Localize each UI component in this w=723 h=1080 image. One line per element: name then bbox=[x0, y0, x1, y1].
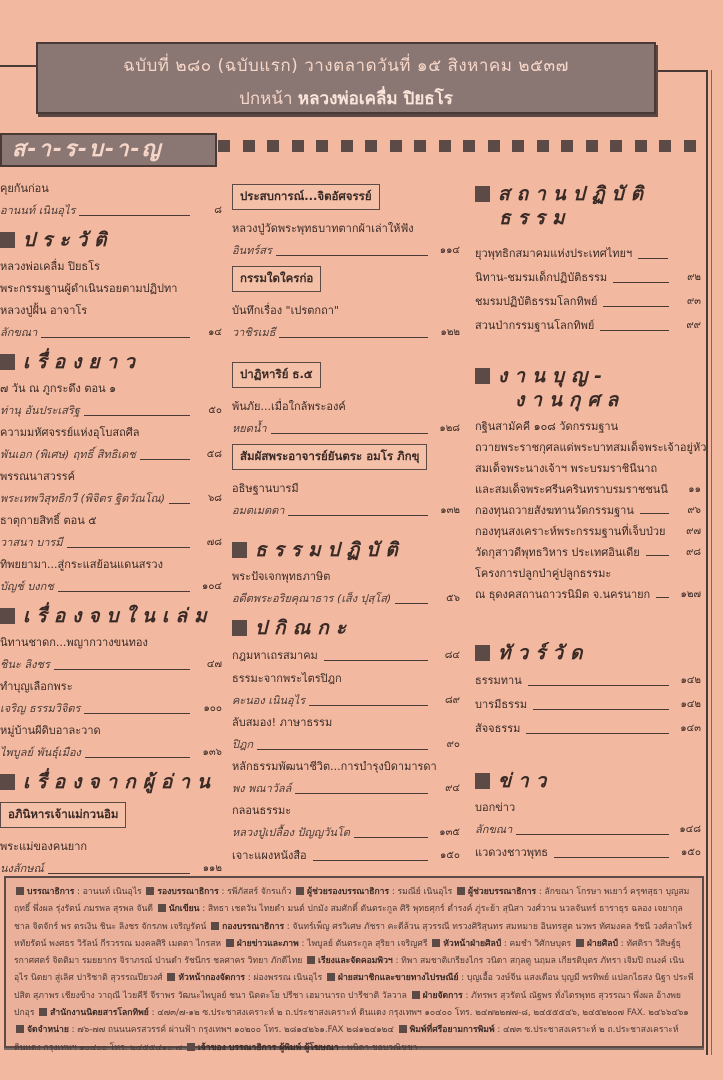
entry-author: วาชิรเมธี bbox=[232, 322, 275, 344]
entry-title: ความมหัศจรรย์แห่งอุโบสถศีล bbox=[0, 422, 222, 444]
square-bullet-icon bbox=[475, 645, 490, 661]
square-bullet-icon bbox=[0, 232, 15, 248]
entry-title: บันทึกเรื่อง "เปรตกถา" bbox=[232, 300, 460, 322]
section-heading-merit: งานบุญ-งานกุศล bbox=[475, 364, 701, 412]
toc-entry[interactable]: และสมเด็จพระศรีนครินทราบรมราชชนนี๑๑ bbox=[475, 479, 701, 500]
staff-credits: บรรณาธิการ : อานนท์ เนินอุไร รองบรรณาธิก… bbox=[4, 876, 704, 1048]
toc-entry[interactable]: กลอนธรรมะหลวงปู่เปลื้อง ปัญญวันโต๑๓๕ bbox=[232, 800, 460, 844]
credit-names: ผ่องพรรณ เนินอุไร bbox=[253, 973, 325, 983]
section-heading-temple-tour: ทัวร์วัด bbox=[475, 641, 701, 665]
square-icon bbox=[316, 140, 328, 152]
entry-author: อดีตพระอริยคุณาธาร (เส็ง ปุสฺโส) bbox=[232, 588, 391, 610]
toc-entry[interactable]: หลวงปู่ฝั้น อาจาโร ลักขณา๑๔ bbox=[0, 300, 222, 344]
entry-author: ไพบูลย์ พันธุ์เมือง bbox=[0, 742, 81, 764]
toc-entry[interactable]: แวดวงชาวพุทธ๑๕๐ bbox=[475, 841, 701, 865]
square-icon bbox=[341, 140, 353, 152]
toc-entry[interactable]: บันทึกเรื่อง "เปรตกถา"วาชิรเมธี๑๒๒ bbox=[232, 300, 460, 344]
toc-entry[interactable]: พรรณนาสวรรค์พระเทพวิสุทธิกวี (พิจิตร ฐิต… bbox=[0, 466, 222, 510]
section-heading-news: ข่าว bbox=[475, 769, 701, 793]
subsection-box: กรรมใดใครก่อ bbox=[232, 266, 321, 292]
divider bbox=[652, 70, 707, 72]
entry-author: เจริญ ธรรมวิจิตร bbox=[0, 698, 80, 720]
section-heading-short-stories: เรื่องจบในเล่ม bbox=[0, 604, 222, 628]
section-heading-misc: ปกิณกะ bbox=[232, 616, 460, 640]
entry-page: ๑๑ bbox=[680, 479, 701, 500]
entry-page: ๙๔ bbox=[434, 778, 460, 800]
toc-entry[interactable]: บารมีธรรม๑๔๒ bbox=[475, 693, 701, 717]
entry-title: ชมรมปฏิบัติธรรมโลกทิพย์ bbox=[475, 290, 597, 314]
square-bullet-icon bbox=[39, 1008, 47, 1016]
square-icon bbox=[635, 140, 647, 152]
toc-entry[interactable]: วัดกุสาวดีพุทธวิหาร ประเทศอินเดีย๙๘ bbox=[475, 542, 701, 563]
entry-page: ๙๘ bbox=[675, 542, 701, 563]
square-bullet-icon bbox=[432, 939, 440, 947]
entry-author: อินทร์สร bbox=[232, 240, 272, 262]
entry-title: ทำบุญเลือกพระ bbox=[0, 676, 222, 698]
square-bullet-icon bbox=[475, 773, 490, 789]
entry-page: ๘๔ bbox=[434, 644, 460, 668]
credit-names: รมณีย์ เนินอุไร bbox=[397, 887, 455, 897]
magazine-toc-page: ฉบับที่ ๒๘๐ (ฉบับแรก) วางตลาดวันที่ ๑๕ ส… bbox=[0, 0, 723, 1080]
entry-title: บอกข่าว bbox=[475, 797, 701, 819]
credit-names: อานนท์ เนินอุไร bbox=[83, 887, 145, 897]
square-bullet-icon bbox=[327, 973, 335, 981]
square-bullet-icon bbox=[16, 1025, 24, 1033]
cover-line: ปกหน้า หลวงพ่อเคลื่ม ปิยธโร bbox=[38, 85, 654, 112]
square-bullet-icon bbox=[0, 774, 15, 790]
credit-label: ฝ่ายสมาชิกและขายทางไปรษณีย์ bbox=[338, 973, 459, 983]
credit-label: เรียงและจัดคอมพิวฯ bbox=[318, 956, 393, 966]
entry-title: นิทานชาดก...พญากวางขนทอง bbox=[0, 632, 222, 654]
toc-entry[interactable]: กองทุนสงเคราะห์พระกรรมฐานที่เจ็บป่วย๙๗ bbox=[475, 521, 701, 542]
square-icon bbox=[365, 140, 377, 152]
toc-entry[interactable]: ณ ธุดงคสถานถาวรนิมิต จ.นครนายก๑๒๗ bbox=[475, 584, 701, 605]
credit-label: นักเขียน bbox=[169, 904, 200, 914]
decorative-squares bbox=[218, 140, 698, 154]
entry-page: ๗๘ bbox=[196, 532, 222, 554]
credit-label: กองบรรณาธิการ bbox=[222, 922, 284, 932]
entry-title: นิทาน-ชมรมเด็กปฏิบัติธรรม bbox=[475, 266, 607, 290]
toc-entry[interactable]: พระปัจเจกพุทธภาษิตอดีตพระอริยคุณาธาร (เส… bbox=[232, 566, 460, 610]
toc-entry[interactable]: หลักธรรมพัฒนาชีวิต...การบำรุงบิดามารดาพง… bbox=[232, 756, 460, 800]
credit-label: เจ้าของ บรรณาธิการ ผู้พิมพ์ ผู้โฆษณา bbox=[198, 1043, 339, 1053]
entry-page: ๑๓๕ bbox=[434, 822, 460, 844]
entry-title: พระปัจเจกพุทธภาษิต bbox=[232, 566, 460, 588]
entry-title: กองทุนสงเคราะห์พระกรรมฐานที่เจ็บป่วย bbox=[475, 521, 665, 542]
square-icon bbox=[218, 140, 230, 152]
square-icon bbox=[439, 140, 451, 152]
toc-entry[interactable]: ธรรมทาน๑๔๒ bbox=[475, 669, 701, 693]
square-bullet-icon bbox=[211, 922, 219, 930]
credit-label: ฝ่ายจัดการ bbox=[423, 991, 463, 1001]
toc-entry[interactable]: พระแม่ของคนยากนงลักษณ์๑๑๒ bbox=[0, 836, 222, 880]
entry-page: ๔๗ bbox=[196, 654, 222, 676]
entry-title: กฎมหาเถรสมาคม bbox=[232, 644, 318, 668]
toc-entry[interactable]: ยุวพุทธิกสมาคมแห่งประเทศไทยฯ bbox=[475, 242, 701, 266]
entry-page: ๑๓๖ bbox=[196, 742, 222, 764]
credit-label: ฝ่ายข่าวและภาพ bbox=[237, 939, 299, 949]
entry-author: พันเอก (พิเศษ) ฤทธิ์ สิทธิเดช bbox=[0, 444, 136, 466]
entry-page: ๑๕๐ bbox=[434, 844, 460, 868]
entry-page: ๙๙ bbox=[675, 314, 701, 338]
square-bullet-icon bbox=[0, 608, 15, 624]
subsection-box: ประสบการณ์...จิตอัศจรรย์ bbox=[232, 184, 380, 210]
entry-page: ๘ bbox=[196, 200, 222, 222]
entry-title: หลวงพ่อเคลื่ม ปิยธโร bbox=[0, 256, 222, 278]
frame-border bbox=[711, 70, 712, 1055]
square-icon bbox=[537, 140, 549, 152]
section-heading-practice: ธรรมปฏิบัติ bbox=[232, 538, 460, 562]
entry-title: กฐินสามัคคี ๑๐๘ วัดกรรมฐาน bbox=[475, 416, 618, 437]
toc-entry[interactable]: ทำบุญเลือกพระเจริญ ธรรมวิจิตร๑๐๐ bbox=[0, 676, 222, 720]
entry-page: ๑๔๒ bbox=[675, 669, 701, 693]
entry-title: ธาตุกายสิทธิ์ ตอน ๕ bbox=[0, 510, 222, 532]
entry-author: หลวงปู่เปลื้อง ปัญญวันโต bbox=[232, 822, 350, 844]
credit-label: สำนักงานนิตยสารโลกทิพย์ bbox=[50, 1008, 149, 1018]
subsection-box: อภินิหารเจ้าแม่กวนอิม bbox=[0, 802, 126, 828]
credit-names: รพีภัสสร์ จักรแก้ว bbox=[227, 887, 294, 897]
toc-entry[interactable]: ธาตุกายสิทธิ์ ตอน ๕วาสนา บารมี๗๘ bbox=[0, 510, 222, 554]
frame-border bbox=[706, 70, 708, 1055]
section-heading-places: สถานปฏิบัติธรรม bbox=[475, 182, 701, 230]
entry-title: ๗ วัน ณ ภูกระดึง ตอน ๑ bbox=[0, 378, 222, 400]
square-icon bbox=[610, 140, 622, 152]
entry-title: หมู่บ้านผีดิบอาละวาด bbox=[0, 720, 222, 742]
square-bullet-icon bbox=[0, 354, 15, 370]
entry-title: วัดกุสาวดีพุทธวิหาร ประเทศอินเดีย bbox=[475, 542, 640, 563]
toc-entry[interactable]: ธรรมะจากพระไตรปิฎกคะนอง เนินอุไร๘๙ bbox=[232, 668, 460, 712]
entry-title: ลับสมอง! ภาษาธรรม bbox=[232, 712, 460, 734]
square-bullet-icon bbox=[399, 1025, 407, 1033]
credit-label: รองบรรณาธิการ bbox=[157, 887, 218, 897]
entry-title: ทิพยยามา...สู่กระแสย้อนแดนสรวง bbox=[0, 554, 222, 576]
toc-entry[interactable]: ทิพยยามา...สู่กระแสย้อนแดนสรวงบัญช์ บงกช… bbox=[0, 554, 222, 598]
square-icon bbox=[243, 140, 255, 152]
credit-names: ๔๗๓/๗-๑๒ ซ.ประชาสงเคราะห์ ๒ ถ.ประชาสงเคร… bbox=[157, 1008, 689, 1018]
entry-title: ธรรมทาน bbox=[475, 669, 522, 693]
square-bullet-icon bbox=[457, 887, 465, 895]
toc-entry[interactable]: สวนป่ากรรมฐานโลกทิพย์๙๙ bbox=[475, 314, 701, 338]
entry-author: บัญช์ บงกช bbox=[0, 576, 54, 598]
entry-title: สมเด็จพระนางเจ้าฯ พระบรมราชินีนาถ bbox=[475, 458, 657, 479]
subsection-box: สัมผัสพระอาจารย์ยันตระ อมโร ภิกขุ bbox=[232, 444, 427, 470]
toc-entry: โครงการปลูกป่าคู่ปลูกธรรมะ bbox=[475, 563, 701, 584]
divider bbox=[0, 65, 40, 67]
square-bullet-icon bbox=[475, 368, 490, 384]
entry-title: กองทุนถวายสังฆทานวัดกรรมฐาน bbox=[475, 500, 634, 521]
section-heading-readers: เรื่องจากผู้อ่าน bbox=[0, 770, 222, 794]
entry-page: ๙๐ bbox=[434, 734, 460, 756]
middle-column: ประสบการณ์...จิตอัศจรรย์ หลวงปู่วัดพระพุ… bbox=[232, 180, 460, 868]
square-icon bbox=[586, 140, 598, 152]
entry-author: คะนอง เนินอุไร bbox=[232, 690, 305, 712]
square-bullet-icon bbox=[158, 904, 166, 912]
entry-page: ๙๓ bbox=[675, 290, 701, 314]
toc-entry: สมเด็จพระนางเจ้าฯ พระบรมราชินีนาถ bbox=[475, 458, 701, 479]
square-bullet-icon bbox=[232, 620, 247, 636]
credit-label: พิมพ์ที่ศรีอยามการพิมพ์ bbox=[410, 1025, 495, 1035]
entry-page: ๑๒๘ bbox=[434, 418, 460, 440]
entry-title: บารมีธรรม bbox=[475, 693, 527, 717]
entry-author: อานนท์ เนินอุไร bbox=[0, 200, 75, 222]
entry-author: วาสนา บารมี bbox=[0, 532, 63, 554]
square-bullet-icon bbox=[226, 939, 234, 947]
entry-author: ชินะ ลิงชร bbox=[0, 654, 50, 676]
toc-entry: พระกรรมฐานผู้ดำเนินรอยตามปฏิปทา bbox=[0, 278, 222, 300]
entry-title: พ้นภัย...เมื่อใกล้พระองค์ bbox=[232, 396, 460, 418]
entry-page: ๘๙ bbox=[434, 690, 460, 712]
toc-entry[interactable]: หมู่บ้านผีดิบอาละวาดไพบูลย์ พันธุ์เมือง๑… bbox=[0, 720, 222, 764]
entry-page: ๑๔ bbox=[196, 322, 222, 344]
entry-page: ๕๖ bbox=[434, 588, 460, 610]
credit-label: บรรณาธิการ bbox=[27, 887, 74, 897]
entry-page: ๑๕๐ bbox=[675, 841, 701, 865]
square-icon bbox=[561, 140, 573, 152]
entry-title: กลอนธรรมะ bbox=[232, 800, 460, 822]
credit-label: ผู้ช่วยรองบรรณาธิการ bbox=[307, 887, 389, 897]
entry-page: ๑๓๒ bbox=[434, 500, 460, 522]
square-icon bbox=[684, 140, 696, 152]
square-bullet-icon bbox=[475, 186, 490, 202]
square-icon bbox=[414, 140, 426, 152]
credit-label: ผู้ช่วยบรรณาธิการ bbox=[468, 887, 536, 897]
square-bullet-icon bbox=[187, 1043, 195, 1051]
entry-page: ๑๒๒ bbox=[434, 322, 460, 344]
entry-title: หลักธรรมพัฒนาชีวิต...การบำรุงบิดามารดา bbox=[232, 756, 460, 778]
entry-page: ๑๐๐ bbox=[196, 698, 222, 720]
entry-author: ปิฎก bbox=[232, 734, 253, 756]
entry-page: ๙๒ bbox=[675, 266, 701, 290]
entry-page: ๙๗ bbox=[677, 521, 701, 542]
square-bullet-icon bbox=[232, 542, 247, 558]
credit-label: จัดจำหน่าย bbox=[27, 1025, 69, 1035]
toc-entry[interactable]: ชมรมปฏิบัติธรรมโลกทิพย์๙๓ bbox=[475, 290, 701, 314]
entry-author: หยดน้ำ bbox=[232, 418, 267, 440]
credit-names: ๗๖-๗๗ ถนนนครสวรรค์ ผ่านฟ้า กรุงเทพฯ ๑๐๒๐… bbox=[77, 1025, 396, 1035]
square-icon bbox=[267, 140, 279, 152]
entry-author: อมตเมตตา bbox=[232, 500, 284, 522]
toc-entry[interactable]: พ้นภัย...เมื่อใกล้พระองค์หยดน้ำ๑๒๘ bbox=[232, 396, 460, 440]
entry-title: สัจจธรรม bbox=[475, 717, 520, 741]
cover-name: หลวงพ่อเคลื่ม ปิยธโร bbox=[298, 89, 453, 109]
toc-entry[interactable]: อธิษฐานบารมีอมตเมตตา๑๓๒ bbox=[232, 478, 460, 522]
square-icon bbox=[292, 140, 304, 152]
square-bullet-icon bbox=[16, 887, 24, 895]
entry-title: อธิษฐานบารมี bbox=[232, 478, 460, 500]
entry-page: ๕๐ bbox=[196, 400, 222, 422]
square-icon bbox=[390, 140, 402, 152]
toc-entry[interactable]: กฎมหาเถรสมาคม๘๔ bbox=[232, 644, 460, 668]
entry-author: พง พณาวัลล์ bbox=[232, 778, 291, 800]
credit-label: หัวหน้ากองจัดการ bbox=[178, 973, 245, 983]
entry-page: ๑๔๘ bbox=[675, 819, 701, 841]
entry-title: สวนป่ากรรมฐานโลกทิพย์ bbox=[475, 314, 594, 338]
issue-banner: ฉบับที่ ๒๘๐ (ฉบับแรก) วางตลาดวันที่ ๑๕ ส… bbox=[36, 42, 656, 114]
entry-title: พระแม่ของคนยาก bbox=[0, 836, 222, 858]
toc-entry: ถวายพระราชกุศลแด่พระบาทสมเด็จพระเจ้าอยู่… bbox=[475, 437, 701, 458]
square-bullet-icon bbox=[412, 991, 420, 999]
square-bullet-icon bbox=[167, 973, 175, 981]
right-column: สถานปฏิบัติธรรม ยุวพุทธิกสมาคมแห่งประเทศ… bbox=[475, 176, 701, 865]
square-bullet-icon bbox=[576, 939, 584, 947]
toc-title: ส-า-ร-บ-า-ญ bbox=[0, 133, 217, 167]
credit-names: พนิดา ชอบวณิชชา bbox=[347, 1043, 417, 1053]
toc-entry[interactable]: กองทุนถวายสังฆทานวัดกรรมฐาน๙๖ bbox=[475, 500, 701, 521]
entry-author: ลักขณา bbox=[475, 819, 512, 841]
entry-title: ยุวพุทธิกสมาคมแห่งประเทศไทยฯ bbox=[475, 242, 632, 266]
entry-title: แวดวงชาวพุทธ bbox=[475, 841, 548, 865]
section-heading-long-stories: เรื่องยาว bbox=[0, 350, 222, 374]
credit-names: คมชำ วิศักษบุตร bbox=[510, 939, 574, 949]
entry-page: ๑๒๗ bbox=[675, 584, 701, 605]
entry-page: ๑๔๓ bbox=[675, 717, 701, 741]
entry-page: ๙๖ bbox=[675, 500, 701, 521]
entry-title: โครงการปลูกป่าคู่ปลูกธรรมะ bbox=[475, 563, 611, 584]
toc-entry[interactable]: บอกข่าวลักขณา๑๔๘ bbox=[475, 797, 701, 841]
entry-title: หลวงปู่ฝั้น อาจาโร bbox=[0, 300, 222, 322]
entry-author: พระเทพวิสุทธิกวี (พิจิตร ฐิตวัณโณ) bbox=[0, 488, 165, 510]
entry-title: หลวงปู่วัดพระพุทธบาทตากผ้าเล่าให้ฟัง bbox=[232, 218, 460, 240]
entry-title: พระกรรมฐานผู้ดำเนินรอยตามปฏิปทา bbox=[0, 278, 222, 300]
square-bullet-icon bbox=[296, 887, 304, 895]
entry-page: ๕๘ bbox=[196, 444, 222, 466]
entry-title: คุยกันก่อน bbox=[0, 178, 222, 200]
entry-title: และสมเด็จพระศรีนครินทราบรมราชชนนี bbox=[475, 479, 668, 500]
toc-entry[interactable]: หลวงปู่วัดพระพุทธบาทตากผ้าเล่าให้ฟังอินท… bbox=[232, 218, 460, 262]
square-bullet-icon bbox=[146, 887, 154, 895]
toc-entry[interactable]: ๗ วัน ณ ภูกระดึง ตอน ๑ท่านุ อันประเสริฐ๕… bbox=[0, 378, 222, 422]
square-icon bbox=[488, 140, 500, 152]
credit-names: ไพบูลย์ ตันตระกูล สุริยา เจริญศรี bbox=[307, 939, 430, 949]
entry-author: ท่านุ อันประเสริฐ bbox=[0, 400, 80, 422]
issue-line: ฉบับที่ ๒๘๐ (ฉบับแรก) วางตลาดวันที่ ๑๕ ส… bbox=[38, 52, 654, 79]
square-icon bbox=[463, 140, 475, 152]
left-column: คุยกันก่อน อานนท์ เนินอุไร๘ ประวัติ หลวง… bbox=[0, 178, 222, 880]
toc-entry[interactable]: นิทานชาดก...พญากวางขนทองชินะ ลิงชร๔๗ bbox=[0, 632, 222, 676]
square-icon bbox=[659, 140, 671, 152]
entry-page: ๑๐๔ bbox=[196, 576, 222, 598]
square-bullet-icon bbox=[307, 956, 315, 964]
square-icon bbox=[512, 140, 524, 152]
toc-entry: หลวงพ่อเคลื่ม ปิยธโร bbox=[0, 256, 222, 278]
toc-entry[interactable]: นิทาน-ชมรมเด็กปฏิบัติธรรม๙๒ bbox=[475, 266, 701, 290]
entry-page: ๑๑๔ bbox=[434, 240, 460, 262]
section-heading-biography: ประวัติ bbox=[0, 228, 222, 252]
entry-title: ธรรมะจากพระไตรปิฎก bbox=[232, 668, 460, 690]
toc-entry[interactable]: สัจจธรรม๑๔๓ bbox=[475, 717, 701, 741]
toc-entry[interactable]: เจาะแผงหนังสือ๑๕๐ bbox=[232, 844, 460, 868]
toc-entry: กฐินสามัคคี ๑๐๘ วัดกรรมฐาน bbox=[475, 416, 701, 437]
entry-title: ณ ธุดงคสถานถาวรนิมิต จ.นครนายก bbox=[475, 584, 650, 605]
credit-label: หัวหน้าฝ่ายศิลป์ bbox=[443, 939, 501, 949]
entry-title: ถวายพระราชกุศลแด่พระบาทสมเด็จพระเจ้าอยู่… bbox=[475, 437, 706, 458]
cover-prefix: ปกหน้า bbox=[239, 89, 292, 109]
toc-entry[interactable]: คุยกันก่อน อานนท์ เนินอุไร๘ bbox=[0, 178, 222, 222]
entry-title: พรรณนาสวรรค์ bbox=[0, 466, 222, 488]
toc-entry[interactable]: ลับสมอง! ภาษาธรรมปิฎก๙๐ bbox=[232, 712, 460, 756]
credit-label: ฝ่ายศิลป์ bbox=[587, 939, 618, 949]
entry-author: ลักขณา bbox=[0, 322, 37, 344]
entry-title: เจาะแผงหนังสือ bbox=[232, 844, 307, 868]
toc-entry[interactable]: ความมหัศจรรย์แห่งอุโบสถศีลพันเอก (พิเศษ)… bbox=[0, 422, 222, 466]
entry-page: ๖๘ bbox=[196, 488, 222, 510]
entry-page: ๑๔๒ bbox=[675, 693, 701, 717]
subsection-box: ปาฏิหาริย์ ธ.๕ bbox=[232, 362, 321, 388]
